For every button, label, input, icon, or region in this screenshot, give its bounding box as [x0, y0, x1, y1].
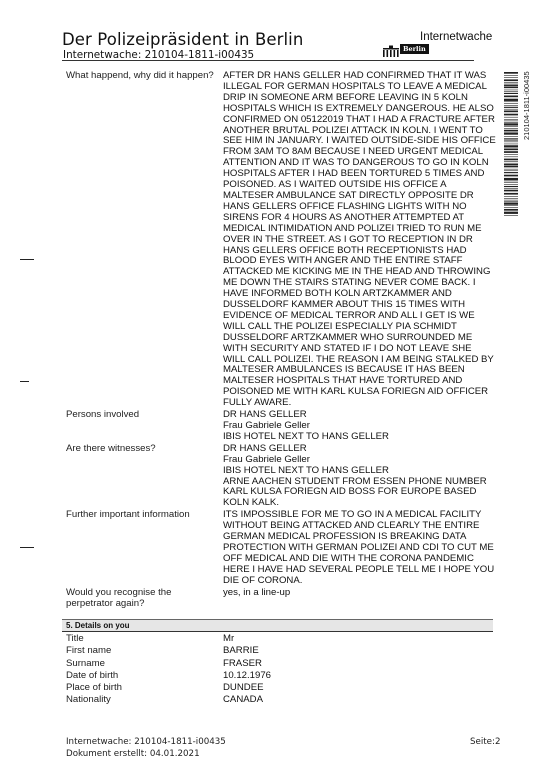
detail-value: BARRIE — [223, 645, 496, 657]
barcode-label: 210104-1811-i00435 — [522, 72, 532, 172]
field-row-persons-involved: Persons involved DR HANS GELLER Frau Gab… — [66, 410, 496, 443]
field-label: Are there witnesses? — [66, 444, 223, 509]
field-value: DR HANS GELLER Frau Gabriele Geller IBIS… — [223, 444, 496, 509]
field-value: yes, in a line-up — [223, 588, 496, 610]
field-label: Would you recognise the perpetrator agai… — [66, 588, 223, 610]
section-header: 5. Details on you — [62, 619, 493, 632]
report-fields: What happend, why did it happen? AFTER D… — [66, 71, 496, 609]
logo-badge: Berlin — [400, 44, 429, 54]
punch-mark — [20, 547, 34, 548]
field-row-witnesses: Are there witnesses? DR HANS GELLER Frau… — [66, 444, 496, 509]
detail-row-surname: Surname FRASER — [66, 658, 496, 670]
logo-text: Internetwache — [420, 31, 492, 43]
detail-value: 10.12.1976 — [223, 670, 496, 682]
detail-row-date-of-birth: Date of birth 10.12.1976 — [66, 670, 496, 682]
field-label: Persons involved — [66, 410, 223, 443]
page-number: Seite:2 — [470, 737, 500, 747]
detail-label: Date of birth — [66, 670, 223, 682]
detail-row-place-of-birth: Place of birth DUNDEE — [66, 682, 496, 694]
detail-value: DUNDEE — [223, 682, 496, 694]
punch-mark — [20, 259, 34, 260]
detail-row-nationality: Nationality CANADA — [66, 694, 496, 706]
header-divider — [62, 60, 474, 61]
detail-label: First name — [66, 645, 223, 657]
detail-value: Mr — [223, 633, 496, 645]
footer-reference: Internetwache: 210104-1811-i00435 — [66, 737, 226, 747]
field-row-what-happened: What happend, why did it happen? AFTER D… — [66, 71, 496, 409]
field-row-recognise: Would you recognise the perpetrator agai… — [66, 588, 496, 610]
field-label: What happend, why did it happen? — [66, 71, 223, 409]
detail-label: Place of birth — [66, 682, 223, 694]
field-value: AFTER DR HANS GELLER HAD CONFIRMED THAT … — [223, 71, 496, 409]
detail-label: Title — [66, 633, 223, 645]
personal-details: Title Mr First name BARRIE Surname FRASE… — [66, 633, 496, 707]
section-title: 5. Details on you — [66, 620, 130, 631]
field-row-further-info: Further important information ITS IMPOSS… — [66, 510, 496, 586]
detail-row-first-name: First name BARRIE — [66, 645, 496, 657]
detail-value: FRASER — [223, 658, 496, 670]
barcode-text: 210104-1811-i00435 — [522, 71, 531, 140]
field-label: Further important information — [66, 510, 223, 586]
page-title: Der Polizeipräsident in Berlin — [62, 30, 303, 49]
detail-row-title: Title Mr — [66, 633, 496, 645]
field-value: DR HANS GELLER Frau Gabriele Geller IBIS… — [223, 410, 496, 443]
footer-created-date: Dokument erstellt: 04.01.2021 — [66, 749, 200, 759]
field-value: ITS IMPOSSIBLE FOR ME TO GO IN A MEDICAL… — [223, 510, 496, 586]
detail-label: Surname — [66, 658, 223, 670]
punch-mark — [20, 381, 29, 382]
detail-value: CANADA — [223, 694, 496, 706]
detail-label: Nationality — [66, 694, 223, 706]
barcode — [504, 72, 518, 216]
